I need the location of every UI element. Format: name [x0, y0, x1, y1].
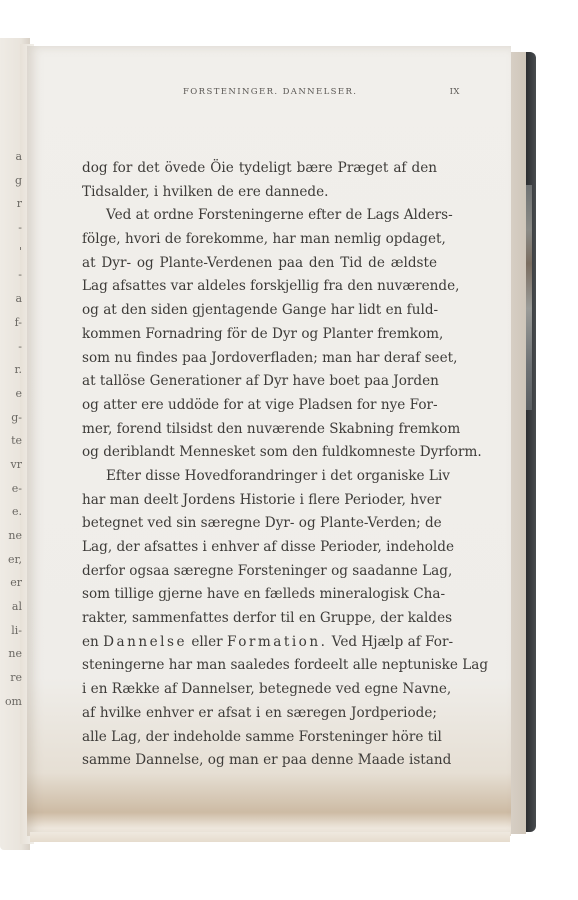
left-fragment: r [0, 192, 22, 216]
text-line: og atter ere uddöde for at vige Pladsen … [82, 394, 437, 418]
page-number: IX [450, 87, 460, 97]
text-span: Dannelse [103, 634, 187, 650]
text-line: alle Lag, der indeholde samme Forstening… [82, 726, 437, 750]
left-fragment: r. [0, 358, 22, 382]
text-line: Lag, der afsattes i enhver af disse Peri… [82, 536, 437, 560]
text-line: har man deelt Jordens Historie i flere P… [82, 489, 437, 513]
text-line: som tillige gjerne have en fælleds miner… [82, 583, 437, 607]
left-fragment: - [0, 335, 22, 359]
text-line: samme Dannelse, og man er paa denne Maad… [82, 749, 437, 773]
left-fragment: li- [0, 619, 22, 643]
left-fragment: a [0, 287, 22, 311]
text-span: Ved Hjælp af For- [327, 634, 453, 650]
left-fragment: e. [0, 500, 22, 524]
text-line: dog for det övede Öie tydeligt bære Præg… [82, 157, 437, 181]
left-fragment: er, [0, 548, 22, 572]
text-span: Formation. [227, 634, 327, 650]
left-fragment: re [0, 666, 22, 690]
left-fragment: al [0, 595, 22, 619]
left-page-text-fragments: agr-'-af--r.eg-tevre-e.neer,eralli-nereo… [0, 145, 22, 714]
text-line: en Dannelse eller Formation. Ved Hjælp a… [82, 631, 437, 655]
body-text: dog for det övede Öie tydeligt bære Præg… [82, 157, 437, 773]
text-line: betegnet ved sin særegne Dyr- og Plante-… [82, 512, 437, 536]
text-line: fölge, hvori de forekomme, har man nemli… [82, 228, 437, 252]
text-line: mer, forend tilsidst den nuværende Skabn… [82, 418, 437, 442]
text-line: og at den siden gjentagende Gange har li… [82, 299, 437, 323]
text-line: Ved at ordne Forsteningerne efter de Lag… [82, 204, 437, 228]
left-fragment: te [0, 429, 22, 453]
left-fragment: e- [0, 477, 22, 501]
left-fragment: ne [0, 642, 22, 666]
text-line: at tallöse Generationer af Dyr have boet… [82, 370, 437, 394]
left-fragment: a [0, 145, 22, 169]
text-line: i en Række af Dannelser, betegnede ved e… [82, 678, 437, 702]
text-line: Efter disse Hovedforandringer i det orga… [82, 465, 437, 489]
text-span: en [82, 634, 103, 650]
page-bottom-edge [30, 832, 510, 842]
left-fragment: ' [0, 240, 22, 264]
left-fragment: vr [0, 453, 22, 477]
text-line: Lag afsattes var aldeles forskjellig fra… [82, 275, 437, 299]
text-span: eller [187, 634, 227, 650]
left-fragment: er [0, 571, 22, 595]
text-line: derfor ogsaa særegne Forsteninger og saa… [82, 560, 437, 584]
left-fragment: ne [0, 524, 22, 548]
text-line: kommen Fornadring för de Dyr og Planter … [82, 323, 437, 347]
left-fragment: - [0, 263, 22, 287]
text-line: som nu findes paa Jordoverfladen; man ha… [82, 347, 437, 371]
text-line: at Dyr- og Plante-Verdenen paa den Tid d… [82, 252, 437, 276]
text-line: Tidsalder, i hvilken de ere dannede. [82, 181, 437, 205]
left-fragment: f- [0, 311, 22, 335]
left-fragment: g [0, 169, 22, 193]
left-fragment: om [0, 690, 22, 714]
text-line: og deriblandt Mennesket som den fuldkomn… [82, 441, 437, 465]
left-fragment: g- [0, 406, 22, 430]
text-line: af hvilke enhver er afsat i en særegen J… [82, 702, 437, 726]
left-fragment: e [0, 382, 22, 406]
running-head-title: FORSTENINGER. DANNELSER. [183, 87, 357, 97]
text-line: rakter, sammenfattes derfor til en Grupp… [82, 607, 437, 631]
left-fragment: - [0, 216, 22, 240]
text-line: steningerne har man saaledes fordeelt al… [82, 654, 437, 678]
